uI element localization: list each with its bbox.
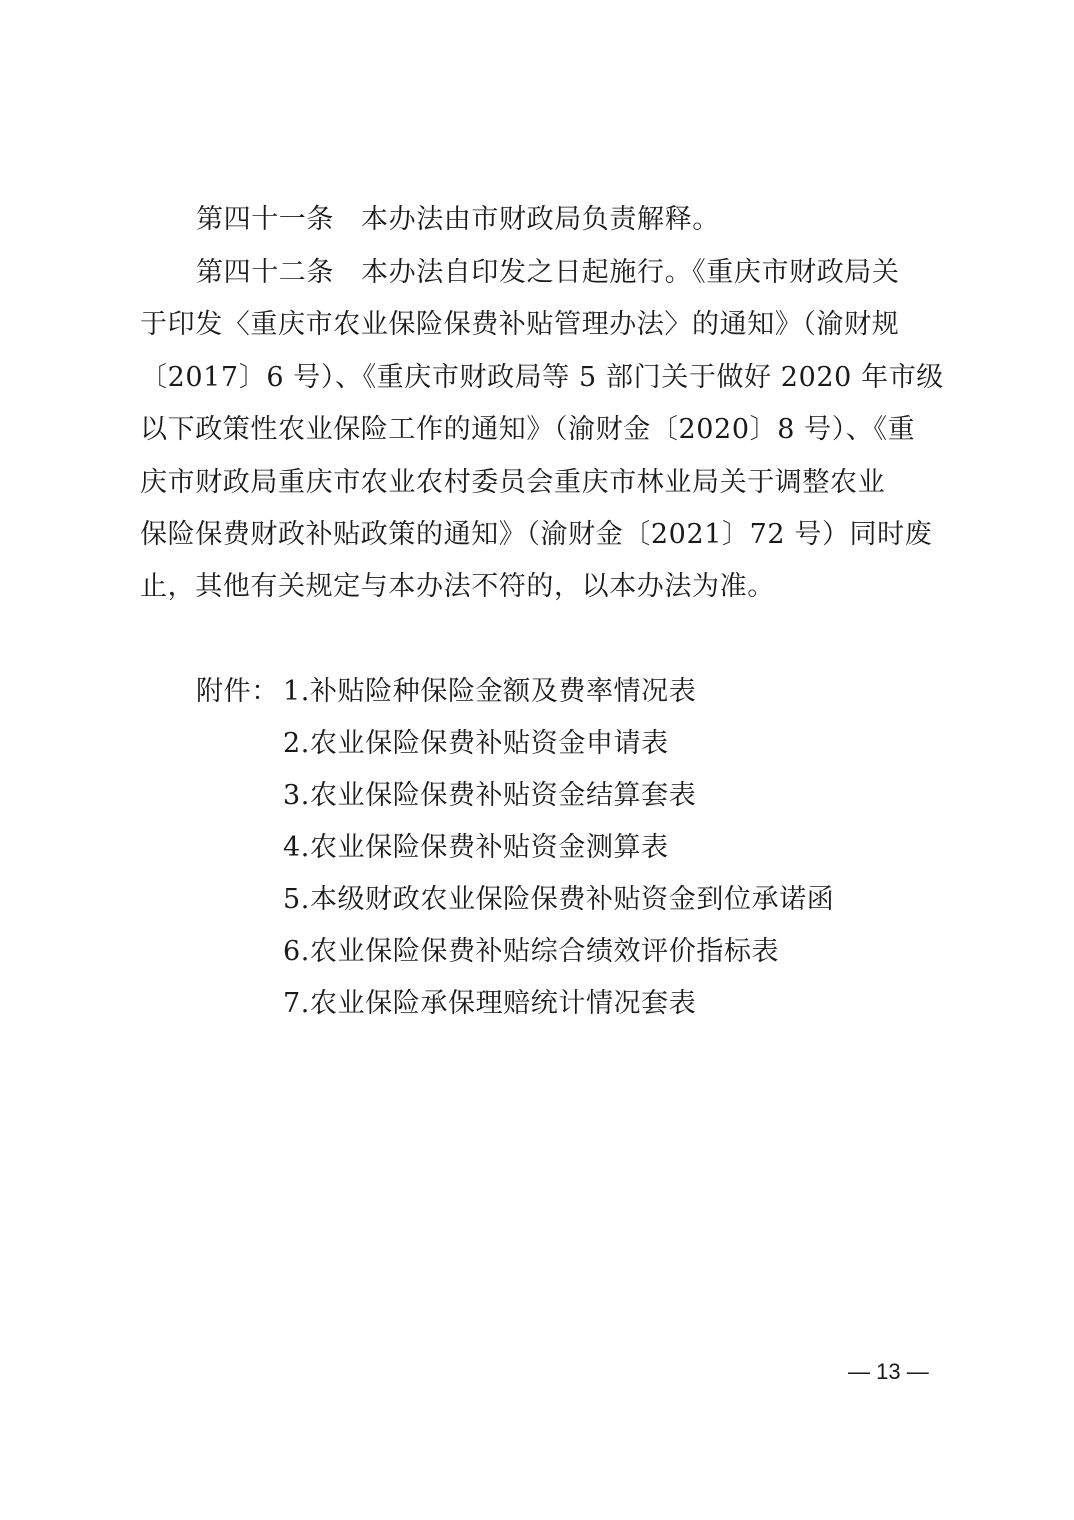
article-42-heading: 第四十二条 <box>196 257 334 288</box>
attachment-item-4: 4.农业保险保费补贴资金测算表 <box>283 831 669 865</box>
article-41-heading: 第四十一条 <box>196 204 334 235</box>
attachment-item-5: 5.本级财政农业保险保费补贴资金到位承诺函 <box>283 883 834 917</box>
attachments-label: 附件： <box>196 675 279 709</box>
article-41-text: 本办法由市财政局负责解释。 <box>361 204 720 235</box>
attachment-item-2: 2.农业保险保费补贴资金申请表 <box>283 727 669 761</box>
article-42-line-1: 第四十二条本办法自印发之日起施行。《重庆市财政局关 <box>196 256 900 290</box>
document-page: 第四十一条本办法由市财政局负责解释。 第四十二条本办法自印发之日起施行。《重庆市… <box>0 0 1074 1520</box>
article-41: 第四十一条本办法由市财政局负责解释。 <box>196 203 720 237</box>
attachment-item-7: 7.农业保险承保理赔统计情况套表 <box>283 987 696 1021</box>
article-42-line-6: 保险保费财政补贴政策的通知》（渝财金〔2021〕72 号）同时废 <box>140 518 932 552</box>
article-42-line-3: 〔2017〕6 号）、《重庆市财政局等 5 部门关于做好 2020 年市级 <box>140 361 944 395</box>
attachment-item-1: 1.补贴险种保险金额及费率情况表 <box>283 675 696 709</box>
attachment-item-3: 3.农业保险保费补贴资金结算套表 <box>283 779 696 813</box>
page-number: — 13 — <box>848 1357 929 1387</box>
attachment-item-6: 6.农业保险保费补贴综合绩效评价指标表 <box>283 935 779 969</box>
article-42-line-5: 庆市财政局重庆市农业农村委员会重庆市林业局关于调整农业 <box>140 466 885 500</box>
article-42-line-7: 止，其他有关规定与本办法不符的，以本办法为准。 <box>140 570 775 604</box>
article-42-line-4: 以下政策性农业保险工作的通知》（渝财金〔2020〕8 号）、《重 <box>140 413 915 447</box>
article-42-line-2: 于印发〈重庆市农业保险保费补贴管理办法〉的通知》（渝财规 <box>140 308 899 342</box>
article-42-text: 本办法自印发之日起施行。《重庆市财政局关 <box>361 257 900 288</box>
